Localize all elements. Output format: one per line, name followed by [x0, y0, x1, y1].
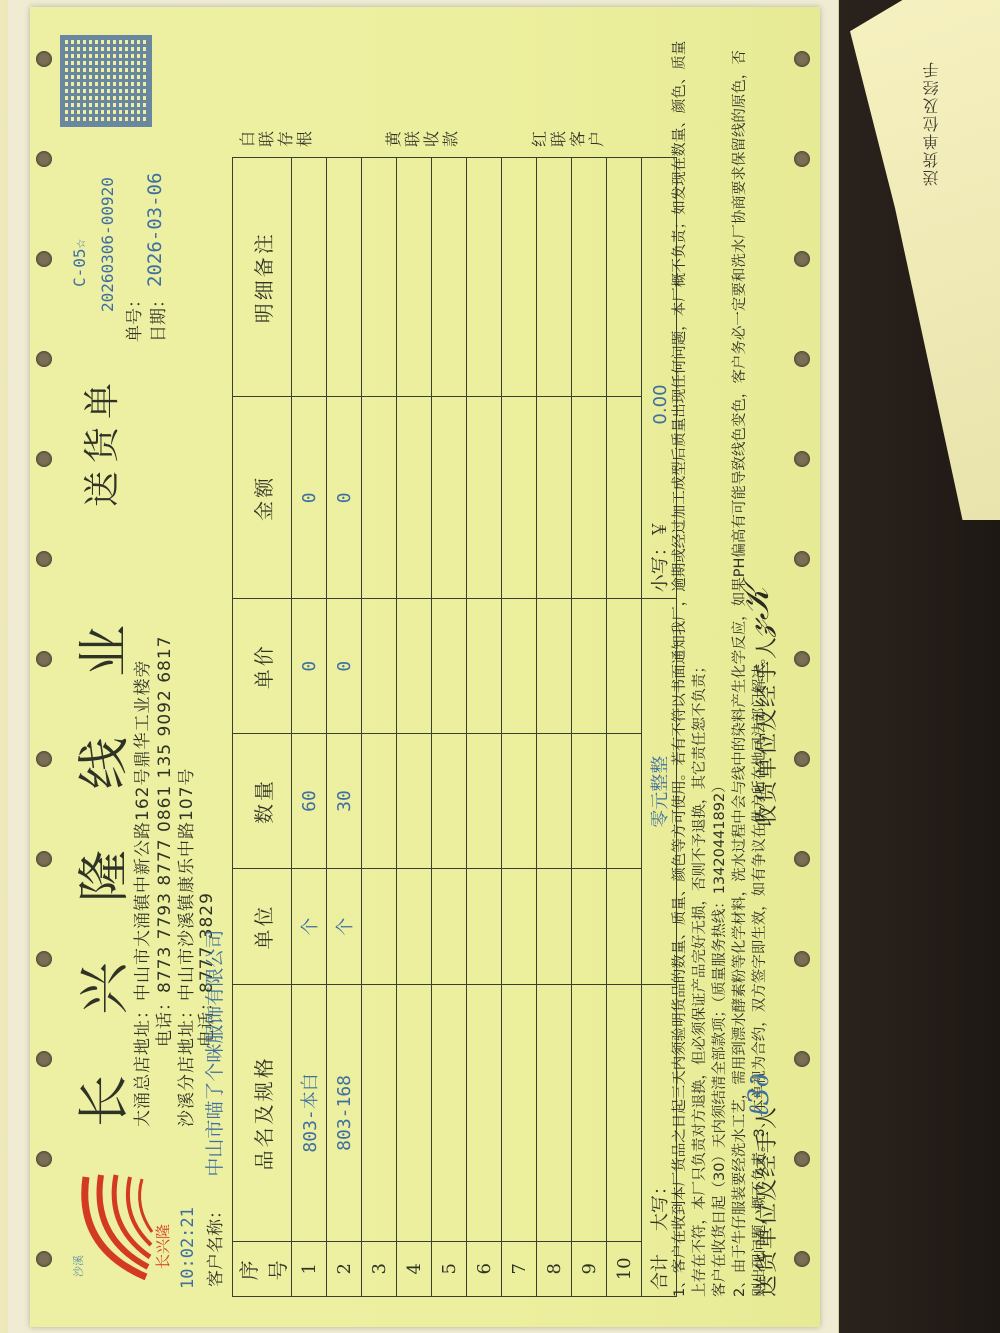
receiver-signature-scrawl: 𝓏𝒦 — [736, 586, 778, 636]
copy-label-yellow: 黄联收款 — [384, 123, 460, 147]
table-row: 10 — [607, 157, 642, 1296]
company-name: 长 兴 隆 线 业 — [62, 602, 137, 1126]
table-row: 3 — [362, 157, 397, 1296]
delivery-note-wrapper: 沙溪 长兴隆 10:02:21 长 兴 隆 线 业 送货单 大涌总店地址：中山市… — [20, 0, 830, 1333]
col-amount: 金额 — [233, 396, 292, 598]
qr-code — [60, 35, 152, 127]
logo-brand: 长兴隆 — [152, 1223, 173, 1268]
total-label: 合计 — [650, 1254, 671, 1290]
form-header: 沙溪 长兴隆 10:02:21 长 兴 隆 线 业 送货单 大涌总店地址：中山市… — [60, 37, 220, 1297]
table-row: 7 — [502, 157, 537, 1296]
lowercase-label: 小写：￥ — [650, 520, 671, 592]
uppercase-label: 大写： — [650, 1177, 671, 1231]
customer-name: 中山市喵了个咪服饰有限公司 — [204, 929, 226, 1176]
delivery-note: 沙溪 长兴隆 10:02:21 长 兴 隆 线 业 送货单 大涌总店地址：中山市… — [30, 7, 820, 1327]
table-header-row: 序号 品名及规格 单位 数量 单价 金额 明细备注 — [233, 157, 292, 1296]
items-table: 序号 品名及规格 单位 数量 单价 金额 明细备注 1 803-本白 个 60 — [232, 157, 677, 1297]
note-payment: 客户在收货日起（30）天内须结清全部款项；（质量服务热线：13420441892… — [710, 37, 730, 1297]
table-row: 4 — [397, 157, 432, 1296]
col-unit: 单位 — [233, 868, 292, 984]
tractor-holes-top — [36, 7, 56, 1327]
table-row: 1 803-本白 个 60 0 0 — [292, 157, 327, 1296]
adjacent-paper-stack: 送货单位及经手 — [850, 0, 1000, 520]
table-row: 6 — [467, 157, 502, 1296]
date-label: 日期： — [144, 291, 169, 342]
print-time: 10:02:21 — [178, 1207, 198, 1289]
col-item: 品名及规格 — [233, 984, 292, 1240]
doc-no: 20260306-00920 — [98, 177, 117, 312]
copy-label-red: 红联客户 — [530, 123, 606, 147]
logo-tag: 沙溪 — [70, 1255, 86, 1277]
sender-signature-scrawl: ℓ3∂ — [742, 1073, 776, 1117]
note-1: 1、客户在收到本厂货品之日起三天内须验明货品的数量、质量、颜色等方可使用。若有不… — [670, 37, 710, 1297]
document-type: 送货单 — [74, 374, 125, 506]
table-row: 8 — [537, 157, 572, 1296]
lowercase-value: 0.00 — [650, 384, 671, 424]
date-value: 2026-03-06 — [144, 172, 166, 286]
adjacent-stack-text: 送货单位及经手 — [920, 60, 943, 186]
form-content: 沙溪 长兴隆 10:02:21 长 兴 隆 线 业 送货单 大涌总店地址：中山市… — [60, 37, 790, 1297]
form-code: C-05☆ — [70, 238, 89, 286]
receiver-signature-label: 收货单位及经手人 — [750, 634, 781, 826]
col-price: 单价 — [233, 598, 292, 733]
copy-labels: 白联存根 黄联收款 红联客户 — [238, 123, 676, 147]
col-note: 明细备注 — [233, 157, 292, 396]
table-row: 5 — [432, 157, 467, 1296]
company-logo: 沙溪 长兴隆 — [66, 1167, 171, 1287]
col-no: 序号 — [233, 1241, 292, 1296]
tractor-holes-bottom — [794, 7, 814, 1327]
table-row: 2 803-168 个 30 0 0 — [327, 157, 362, 1296]
table-row: 9 — [572, 157, 607, 1296]
customer-label: 客户名称： — [206, 1202, 226, 1287]
col-qty: 数量 — [233, 733, 292, 868]
doc-no-label: 单号： — [120, 291, 145, 342]
sender-signature-label: 送货单位及经手人 — [750, 1104, 781, 1296]
customer-field: 客户名称： 中山市喵了个咪服饰有限公司 — [200, 929, 227, 1286]
copy-label-white: 白联存根 — [238, 123, 314, 147]
